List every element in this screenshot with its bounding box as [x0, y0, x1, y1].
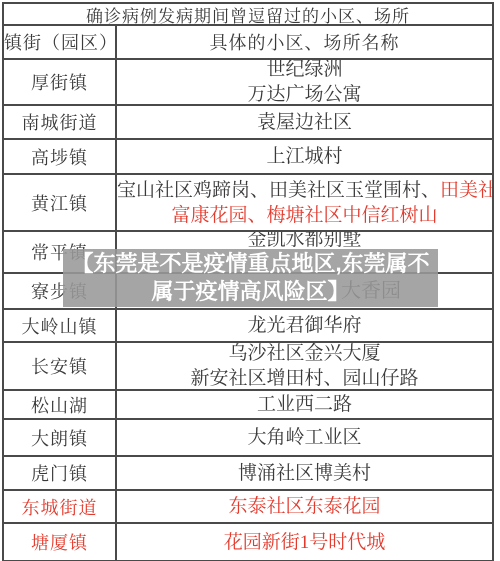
town-cell: 虎门镇 — [4, 457, 117, 489]
watermark-line1: 【东莞是不是疫情重点地区,东莞属不 — [71, 250, 429, 278]
table-row: 虎门镇博涌社区博美村 — [4, 457, 492, 491]
table-row: 大朗镇大角岭工业区 — [4, 420, 492, 457]
place-text: 富康花园、梅塘社区中信红树山 — [171, 205, 437, 226]
table-row: 东城街道东泰社区东泰花园 — [4, 491, 492, 524]
town-cell: 高埗镇 — [4, 140, 117, 173]
places-line: 工业西二路 — [117, 392, 492, 417]
places-line: 花园新街1号时代城 — [117, 530, 492, 555]
case-locations-page: 确诊病例发病期间曾逗留过的小区、场所 镇街（园区） 具体的小区、场所名称 厚街镇… — [0, 0, 500, 561]
table-row: 长安镇乌沙社区金兴大厦新安社区增田村、园山仔路 — [4, 343, 492, 391]
places-cell: 龙光君御华府 — [117, 310, 492, 341]
table-row: 厚街镇世纪绿洲万达广场公寓 — [4, 60, 492, 106]
table-row: 高埗镇上江城村 — [4, 140, 492, 175]
place-text: 宝山社区鸡蹄岗、田美社区玉堂围村、 — [117, 180, 440, 201]
places-line: 万达广场公寓 — [117, 82, 492, 104]
town-cell: 东城街道 — [4, 491, 117, 522]
places-line: 博涌社区博美村 — [117, 461, 492, 486]
town-cell: 长安镇 — [4, 343, 117, 389]
table-row: 塘厦镇花园新街1号时代城 — [4, 524, 492, 560]
places-cell: 大角岭工业区 — [117, 420, 492, 455]
town-cell: 塘厦镇 — [4, 524, 117, 560]
place-text: 东泰社区东泰花园 — [228, 496, 380, 517]
places-line: 龙光君御华府 — [117, 313, 492, 338]
places-line: 上江城村 — [117, 144, 492, 169]
places-line: 乌沙社区金兴大厦 — [117, 343, 492, 366]
place-text: 博涌社区博美村 — [238, 463, 371, 484]
table-header-row: 镇街（园区） 具体的小区、场所名称 — [4, 26, 492, 60]
places-cell: 袁屋边社区 — [117, 106, 492, 138]
place-text: 花园新街1号时代城 — [224, 532, 386, 553]
places-line: 富康花园、梅塘社区中信红树山 — [117, 203, 492, 228]
town-cell: 大朗镇 — [4, 420, 117, 455]
town-cell: 黄江镇 — [4, 175, 117, 230]
places-line: 宝山社区鸡蹄岗、田美社区玉堂围村、田美社区 — [117, 178, 492, 203]
places-cell: 东泰社区东泰花园 — [117, 491, 492, 522]
table-title: 确诊病例发病期间曾逗留过的小区、场所 — [4, 4, 492, 26]
places-cell: 乌沙社区金兴大厦新安社区增田村、园山仔路 — [117, 343, 492, 389]
place-text: 上江城村 — [266, 146, 342, 167]
watermark-overlay: 【东莞是不是疫情重点地区,东莞属不 属于疫情高风险区】 — [63, 249, 438, 307]
place-text: 工业西二路 — [257, 394, 352, 415]
places-cell: 工业西二路 — [117, 391, 492, 418]
table-row: 大岭山镇龙光君御华府 — [4, 310, 492, 343]
places-line: 世纪绿洲 — [117, 60, 492, 82]
place-text: 金凯水都别墅 — [247, 232, 361, 250]
table-row: 南城街道袁屋边社区 — [4, 106, 492, 140]
place-text: 乌沙社区金兴大厦 — [228, 343, 380, 364]
places-cell: 上江城村 — [117, 140, 492, 173]
places-cell: 宝山社区鸡蹄岗、田美社区玉堂围村、田美社区富康花园、梅塘社区中信红树山 — [117, 175, 492, 230]
places-line: 袁屋边社区 — [117, 110, 492, 135]
places-line: 新安社区增田村、园山仔路 — [117, 366, 492, 389]
column-header-town: 镇街（园区） — [4, 26, 117, 58]
town-cell: 南城街道 — [4, 106, 117, 138]
table-row: 黄江镇宝山社区鸡蹄岗、田美社区玉堂围村、田美社区富康花园、梅塘社区中信红树山 — [4, 175, 492, 232]
places-cell: 花园新街1号时代城 — [117, 524, 492, 560]
places-cell: 博涌社区博美村 — [117, 457, 492, 489]
place-text: 袁屋边社区 — [257, 112, 352, 133]
place-text: 新安社区增田村、园山仔路 — [190, 368, 418, 389]
place-text: 万达广场公寓 — [247, 84, 361, 104]
place-text: 田美社区 — [440, 180, 492, 201]
column-header-places: 具体的小区、场所名称 — [117, 26, 492, 58]
table-body: 厚街镇世纪绿洲万达广场公寓南城街道袁屋边社区高埗镇上江城村黄江镇宝山社区鸡蹄岗、… — [4, 60, 492, 560]
watermark-line2: 属于疫情高风险区】 — [151, 278, 349, 306]
town-cell: 松山湖 — [4, 391, 117, 418]
places-line: 东泰社区东泰花园 — [117, 494, 492, 519]
place-text: 大角岭工业区 — [247, 427, 361, 448]
places-cell: 世纪绿洲万达广场公寓 — [117, 60, 492, 104]
table-row: 松山湖工业西二路 — [4, 391, 492, 420]
place-text: 世纪绿洲 — [266, 60, 342, 80]
place-text: 龙光君御华府 — [247, 315, 361, 336]
town-cell: 大岭山镇 — [4, 310, 117, 341]
places-line: 大角岭工业区 — [117, 425, 492, 450]
town-cell: 厚街镇 — [4, 60, 117, 104]
